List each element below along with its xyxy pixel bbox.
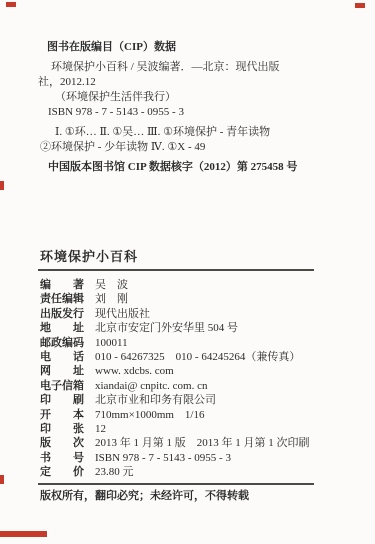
colophon-rows: 编 著 吴 波 责任编辑 刘 刚 出版发行 现代出版社 地 址 北京市安定门外安… xyxy=(38,278,314,480)
colophon-row: 编 著 吴 波 xyxy=(40,278,314,292)
colophon-row-label: 出版发行 xyxy=(40,307,86,321)
colophon-row-value: 吴 波 xyxy=(95,278,128,292)
cip-header: 图书在版编目（CIP）数据 xyxy=(38,40,338,55)
cip-isbn-line: ISBN 978 - 7 - 5143 - 0955 - 3 xyxy=(38,105,338,120)
colophon-row: 电子信箱 xiandai@ cnpitc. com. cn xyxy=(40,379,314,393)
colophon-row-value: 刘 刚 xyxy=(95,292,128,306)
cip-record-line: 中国版本图书馆 CIP 数据核字（2012）第 275458 号 xyxy=(38,160,338,175)
colophon-row-label: 责任编辑 xyxy=(40,292,86,306)
colophon-row-label: 定 价 xyxy=(40,465,86,479)
colophon-row: 定 价 23.80 元 xyxy=(40,465,314,479)
colophon-row-value: ISBN 978 - 7 - 5143 - 0955 - 3 xyxy=(95,451,231,465)
colophon-row-value: 北京市业和印务有限公司 xyxy=(95,393,216,407)
scan-red-mark-top-left xyxy=(6,2,16,7)
colophon-row-label: 书 号 xyxy=(40,451,86,465)
colophon-row-label: 印 张 xyxy=(40,422,86,436)
colophon-row-label: 版 次 xyxy=(40,436,86,450)
colophon-row: 网 址 www. xdcbs. com xyxy=(40,364,314,378)
colophon-row-value: 100011 xyxy=(95,336,128,350)
colophon-row-value: www. xdcbs. com xyxy=(95,364,174,378)
colophon-row-label: 地 址 xyxy=(40,321,86,335)
colophon-block: 环境保护小百科 编 著 吴 波 责任编辑 刘 刚 出版发行 现代出版社 地 址 … xyxy=(38,249,314,504)
colophon-row-label: 电子信箱 xyxy=(40,379,86,393)
colophon-row-label: 邮政编码 xyxy=(40,336,86,350)
colophon-row-value: 2013 年 1 月第 1 版 2013 年 1 月第 1 次印刷 xyxy=(95,436,310,450)
cip-class-line1: Ⅰ. ①环… Ⅱ. ①吴… Ⅲ. ①环境保护 - 青年读物 xyxy=(38,125,338,140)
cip-data-block: 图书在版编目（CIP）数据 环境保护小百科 / 吴波编著．—北京：现代出版 社，… xyxy=(38,40,338,175)
scan-red-mark-bottom-left xyxy=(0,531,47,537)
scan-red-mark-left-lower xyxy=(0,475,4,484)
colophon-row-label: 印 刷 xyxy=(40,393,86,407)
colophon-row-value: 23.80 元 xyxy=(95,465,134,479)
cip-series-line: （环境保护生活伴我行） xyxy=(38,90,338,105)
colophon-row: 印 张 12 xyxy=(40,422,314,436)
book-copyright-page: 图书在版编目（CIP）数据 环境保护小百科 / 吴波编著．—北京：现代出版 社，… xyxy=(0,0,375,544)
scan-red-mark-left-upper xyxy=(0,181,4,190)
colophon-row: 地 址 北京市安定门外安华里 504 号 xyxy=(40,321,314,335)
divider-rule-bottom xyxy=(38,483,314,485)
colophon-row: 版 次 2013 年 1 月第 1 版 2013 年 1 月第 1 次印刷 xyxy=(40,436,314,450)
colophon-row-label: 编 著 xyxy=(40,278,86,292)
colophon-row: 责任编辑 刘 刚 xyxy=(40,292,314,306)
scan-red-mark-top-right xyxy=(355,3,365,8)
colophon-row-value: xiandai@ cnpitc. com. cn xyxy=(95,379,207,393)
colophon-row-value: 现代出版社 xyxy=(95,307,150,321)
colophon-row-label: 电 话 xyxy=(40,350,86,364)
divider-rule-top xyxy=(38,269,314,271)
colophon-row-label: 网 址 xyxy=(40,364,86,378)
copyright-notice: 版权所有，翻印必究；未经许可，不得转载 xyxy=(38,489,314,504)
colophon-row-value: 010 - 64267325 010 - 64245264（兼传真） xyxy=(95,350,300,364)
cip-entry-line2: 社，2012.12 xyxy=(38,75,338,90)
colophon-row-label: 开 本 xyxy=(40,408,86,422)
colophon-row-value: 710mm×1000mm 1/16 xyxy=(95,408,204,422)
cip-class-line2: ②环境保护 - 少年读物 Ⅳ. ①X - 49 xyxy=(38,140,338,155)
colophon-row: 邮政编码 100011 xyxy=(40,336,314,350)
colophon-row: 开 本 710mm×1000mm 1/16 xyxy=(40,408,314,422)
colophon-row: 印 刷 北京市业和印务有限公司 xyxy=(40,393,314,407)
book-title: 环境保护小百科 xyxy=(38,249,314,265)
colophon-row: 出版发行 现代出版社 xyxy=(40,307,314,321)
colophon-row: 电 话 010 - 64267325 010 - 64245264（兼传真） xyxy=(40,350,314,364)
colophon-row: 书 号 ISBN 978 - 7 - 5143 - 0955 - 3 xyxy=(40,451,314,465)
cip-entry-line1: 环境保护小百科 / 吴波编著．—北京：现代出版 xyxy=(38,60,338,75)
colophon-row-value: 12 xyxy=(95,422,106,436)
colophon-row-value: 北京市安定门外安华里 504 号 xyxy=(95,321,238,335)
